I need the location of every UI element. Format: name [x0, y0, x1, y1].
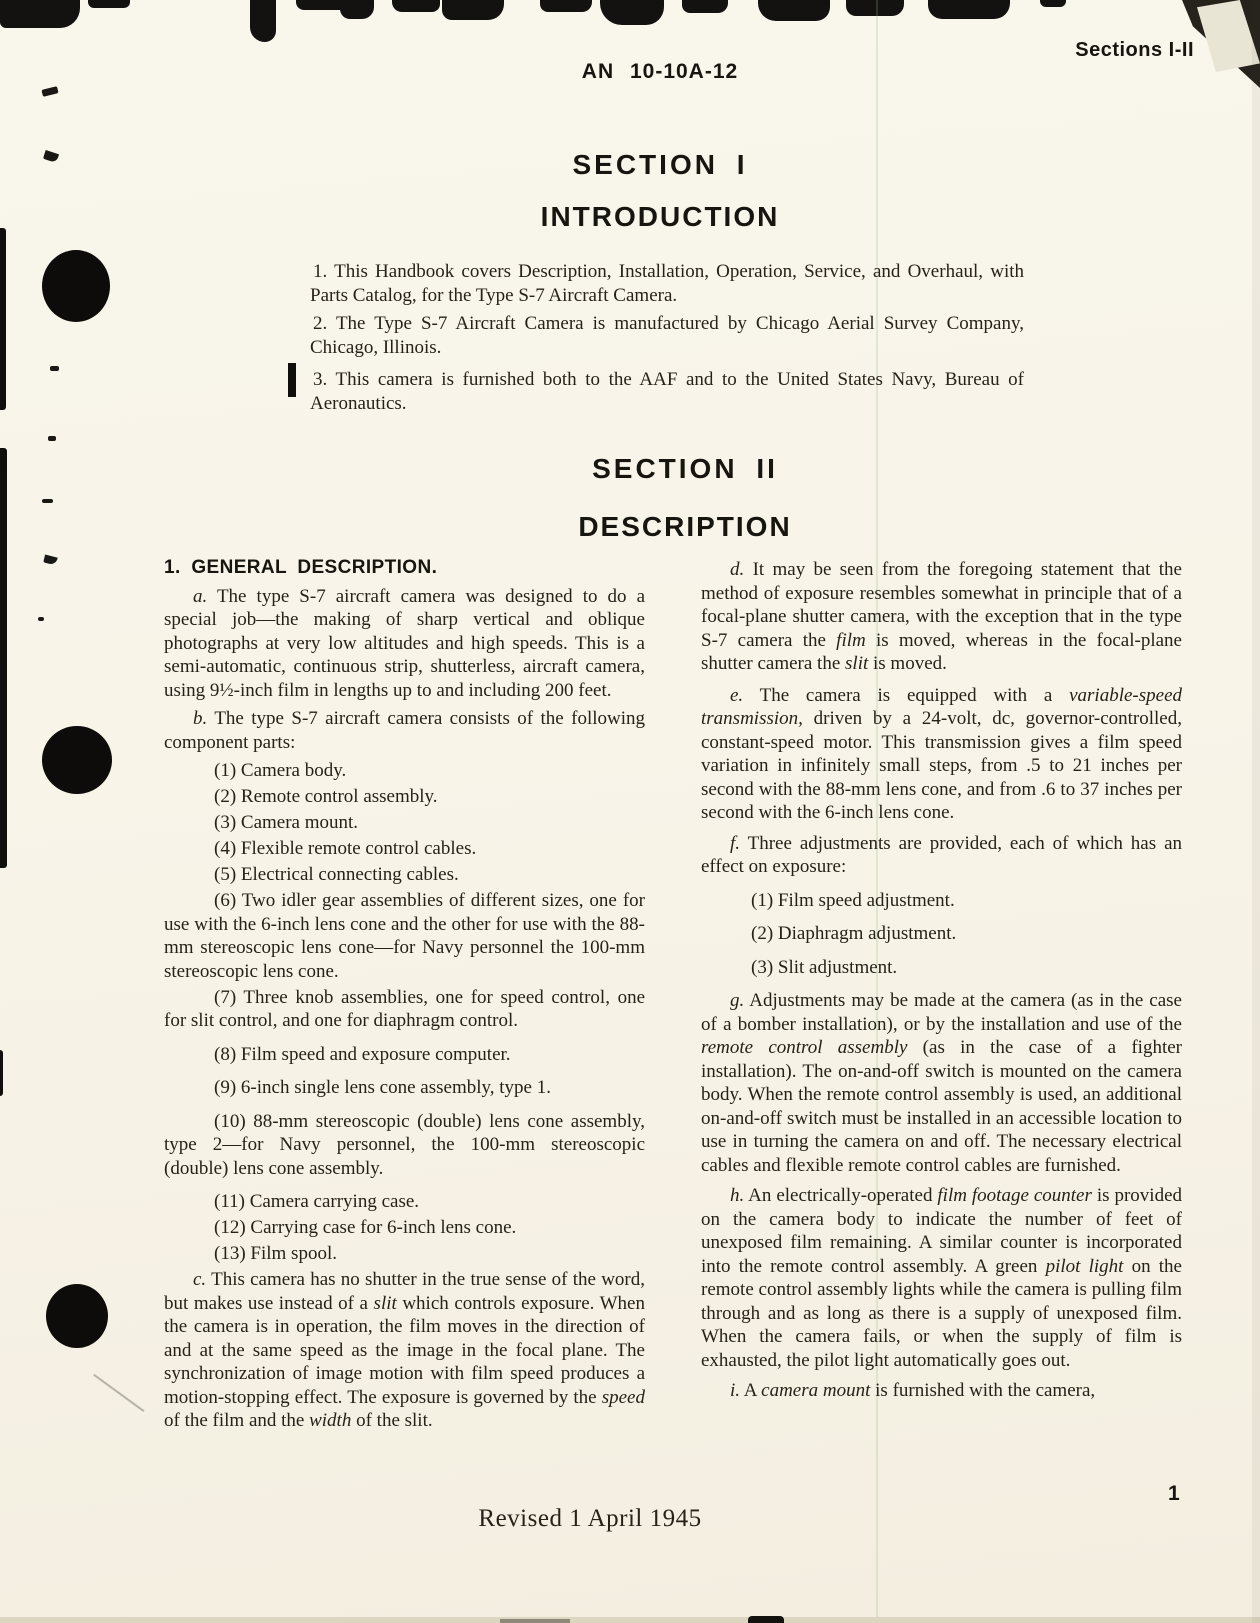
punch-hole: [42, 250, 110, 322]
paragraph-i: i. A camera mount is furnished with the …: [701, 1379, 1182, 1403]
ink-mark: [48, 436, 56, 441]
paragraph-h: h. An electrically-operated film footage…: [701, 1184, 1182, 1372]
component-item-9: (9) 6-inch single lens cone assembly, ty…: [164, 1076, 645, 1100]
paragraph-a: a. The type S-7 aircraft camera was desi…: [164, 585, 645, 703]
revised-date-note: Revised 1 April 1945: [400, 1505, 780, 1533]
paragraph-c: c. This camera has no shutter in the tru…: [164, 1268, 645, 1433]
section-1-title: SECTION I: [330, 149, 990, 181]
component-item-5: (5) Electrical connecting cables.: [164, 863, 645, 887]
scan-blot: [748, 1616, 784, 1623]
left-column: 1. GENERAL DESCRIPTION. a. The type S-7 …: [164, 556, 645, 1438]
intro-paragraph-1: 1. This Handbook covers Description, Ins…: [310, 260, 1024, 307]
scan-blot: [540, 0, 592, 12]
scratch-mark: [93, 1374, 144, 1412]
scan-blot: [928, 0, 1010, 19]
sections-corner-label: Sections I-II: [1075, 39, 1194, 62]
punch-hole: [42, 726, 112, 794]
section-2-title: SECTION II: [355, 453, 1015, 485]
scan-blot: [1040, 0, 1066, 7]
scan-blot: [758, 0, 830, 21]
scan-blot: [340, 0, 374, 19]
right-column: d. It may be seen from the foregoing sta…: [701, 558, 1182, 1408]
scan-blot: [392, 0, 440, 12]
section-2-subtitle: DESCRIPTION: [355, 511, 1015, 543]
ink-mark: [43, 555, 58, 566]
scan-edge-shade: [1252, 0, 1260, 1623]
component-item-8: (8) Film speed and exposure computer.: [164, 1043, 645, 1067]
scan-edge-strip: [0, 1050, 3, 1096]
general-description-heading: 1. GENERAL DESCRIPTION.: [164, 556, 645, 580]
component-item-6: (6) Two idler gear assemblies of differe…: [164, 889, 645, 983]
adjustment-item-1: (1) Film speed adjustment.: [701, 889, 1182, 913]
scan-blot: [682, 0, 728, 13]
component-item-10: (10) 88-mm stereoscopic (double) lens co…: [164, 1110, 645, 1181]
scan-bottom-edge: [0, 1617, 1260, 1623]
ink-mark: [42, 499, 53, 503]
scan-blot: [88, 0, 130, 8]
ink-mark: [43, 150, 59, 163]
component-item-7: (7) Three knob assemblies, one for speed…: [164, 986, 645, 1033]
scan-blot: [250, 0, 276, 42]
paragraph-d: d. It may be seen from the foregoing sta…: [701, 558, 1182, 676]
component-item-1: (1) Camera body.: [164, 759, 645, 783]
adjustment-item-3: (3) Slit adjustment.: [701, 956, 1182, 980]
punch-hole: [46, 1284, 108, 1348]
scan-blot: [442, 0, 504, 20]
scan-blot: [846, 0, 904, 16]
component-item-11: (11) Camera carrying case.: [164, 1190, 645, 1214]
component-item-3: (3) Camera mount.: [164, 811, 645, 835]
paragraph-e: e. The camera is equipped with a variabl…: [701, 684, 1182, 825]
component-item-13: (13) Film spool.: [164, 1242, 645, 1266]
paragraph-b: b. The type S-7 aircraft camera consists…: [164, 707, 645, 754]
ink-mark: [38, 617, 44, 621]
introduction-text: 1. This Handbook covers Description, Ins…: [310, 260, 1024, 421]
paragraph-g: g. Adjustments may be made at the camera…: [701, 989, 1182, 1177]
scan-blot: [0, 0, 80, 28]
component-item-2: (2) Remote control assembly.: [164, 785, 645, 809]
scan-edge-strip: [0, 448, 7, 868]
doc-number: AN 10-10A-12: [60, 60, 1260, 84]
adjustment-item-2: (2) Diaphragm adjustment.: [701, 922, 1182, 946]
scan-smudge: [500, 1619, 570, 1623]
ink-mark: [50, 366, 59, 371]
section-1-subtitle: INTRODUCTION: [330, 201, 990, 233]
intro-paragraph-2: 2. The Type S-7 Aircraft Camera is manuf…: [310, 312, 1024, 359]
scanned-manual-page: AN 10-10A-12 Sections I-II SECTION I INT…: [0, 0, 1260, 1623]
revision-change-bar: [288, 363, 296, 397]
scan-blot: [600, 0, 664, 25]
ink-mark: [41, 86, 58, 97]
paragraph-f: f. Three adjustments are provided, each …: [701, 832, 1182, 879]
component-item-12: (12) Carrying case for 6-inch lens cone.: [164, 1216, 645, 1240]
scan-edge-strip: [0, 228, 6, 410]
intro-paragraph-3: 3. This camera is furnished both to the …: [310, 368, 1024, 415]
component-item-4: (4) Flexible remote control cables.: [164, 837, 645, 861]
page-number: 1: [1168, 1482, 1180, 1506]
